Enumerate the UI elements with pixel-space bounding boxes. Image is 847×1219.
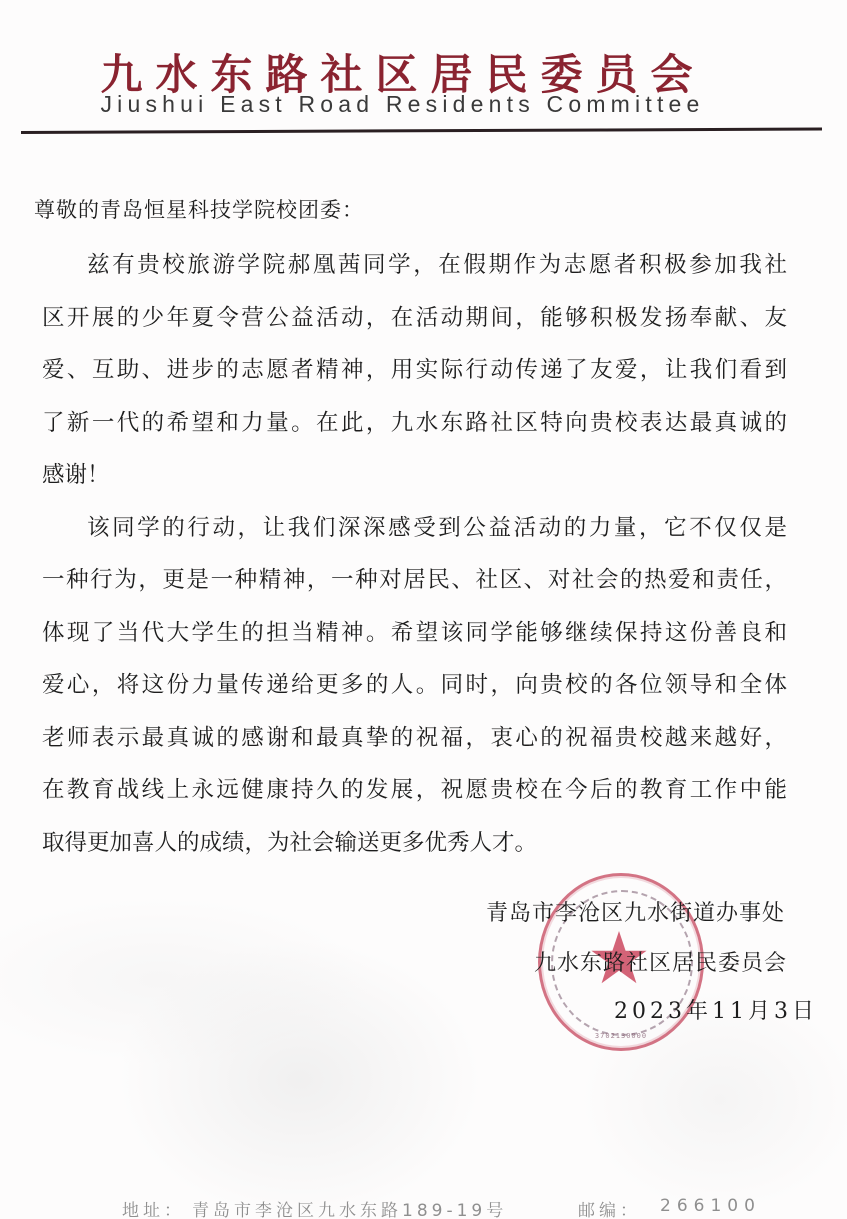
org-name-english: Jiushui East Road Residents Committee [70,91,735,118]
text-line: 爱心，将这份力量传递给更多的人。同时，向贵校的各位领导和全体 [42,667,787,699]
text-line: 该同学的行动，让我们深深感受到公益活动的力量，它不仅仅是 [87,510,787,542]
zip-value: 266100 [660,1196,761,1216]
text-line: 感谢！ [42,457,787,489]
text-line: 区开展的少年夏令营公益活动，在活动期间，能够积极发扬奉献、友 [42,300,787,332]
issuer-line-1: 青岛市李沧区九水街道办事处 [486,896,785,927]
text-line: 爱、互助、进步的志愿者精神，用实际行动传递了友爱，让我们看到 [42,352,787,384]
text-line: 在教育战线上永远健康持久的发展，祝愿贵校在今后的教育工作中能 [42,772,787,804]
text-line: 兹有贵校旅游学院郝凰茜同学，在假期作为志愿者积极参加我社 [87,247,787,279]
address-value: 青岛市李沧区九水东路189-19号 [192,1196,507,1219]
text-line: 了新一代的希望和力量。在此，九水东路社区特向贵校表达最真诚的 [42,405,787,437]
text-line: 取得更加喜人的成绩，为社会输送更多优秀人才。 [42,825,787,857]
address-label: 地址： [122,1196,185,1219]
text-line: 一种行为，更是一种精神，一种对居民、社区、对社会的热爱和责任， [42,562,787,594]
salutation: 尊敬的青岛恒星科技学院校团委： [34,194,364,224]
paper-background [0,0,847,1219]
letter-date: 2023年11月3日 [614,994,818,1025]
issuer-line-2: 九水东路社区居民委员会 [534,946,787,977]
zip-label: 邮编： [578,1196,641,1219]
text-line: 体现了当代大学生的担当精神。希望该同学能够继续保持这份善良和 [42,615,787,647]
text-line: 老师表示最真诚的感谢和最真挚的祝福，衷心的祝福贵校越来越好， [42,720,787,752]
